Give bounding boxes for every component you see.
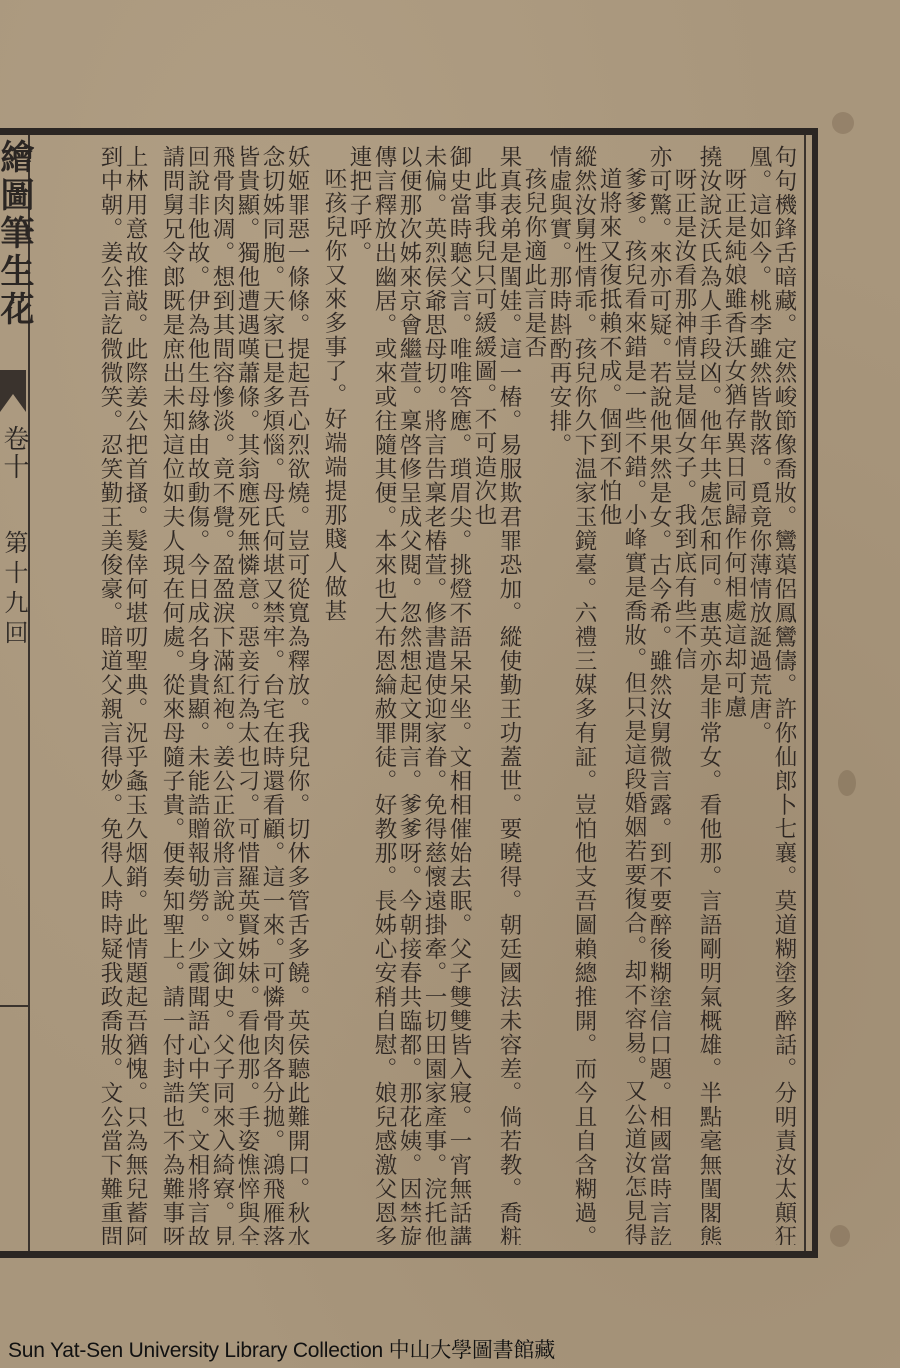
text-column: 以便那次姊來京會繼萱。稟啓修呈成父閱。忽然想起文開言。爹爹呀。今朝接春共臨都。那…	[396, 145, 421, 1245]
text-column: 到中朝。姜公言訖微微笑。忍笑勤王美俊豪。暗道父親言得妙。免得人時時疑我政喬妝。文…	[97, 145, 122, 1245]
page-gutter: 繪圖筆生花 卷十 第十九回	[0, 135, 30, 1251]
text-column: 呀正是汝看那神情豈是個女子。我到底有些不信	[671, 145, 696, 1245]
page-frame: 繪圖筆生花 卷十 第十九回 句句機鋒舌暗藏。定然峻節像喬妝。鸞蕖侶鳳鸞儔。許你仙…	[0, 128, 818, 1258]
text-column: 呀正是純娘雖香沃女猶存異日同歸作何相處這却可慮	[721, 145, 746, 1245]
text-column: 念切姊同胞。天家已是多煩惱。母氏何堪又禁牢。台宅在時還看顧。這一來。可憐骨肉各分…	[259, 145, 284, 1245]
paper-stain	[832, 112, 854, 134]
fishtail-mark-icon	[0, 372, 26, 412]
text-column: 果真表弟是閨娃。這一樁。易服欺君罪恐加。縱使勤王功蓋世。要曉得。朝廷國法未容差。…	[496, 145, 521, 1245]
text-column: 飛骨肉凋。想到其間容慘淡。竟不覺。盈盈淚下滿紅袍。姜公正欲將言說。文御史。父子同…	[209, 145, 234, 1245]
text-column: 此事我兒只可緩緩圖。不可造次也	[471, 145, 496, 1245]
text-column: 呸孩兒你又來多事了。好端端提那賤人做甚	[321, 145, 346, 1245]
text-column: 道將來又復抵賴不成。個到不怕他	[596, 145, 621, 1245]
text-column: 妖姬罪惡一條條。提起吾心烈欲燒。豈可從寬為釋放。我兒你。切休多管舌多饒。英侯聽此…	[284, 145, 309, 1245]
text-column: 亦可驚。來亦可疑。若說他果然是女。古今希。雖然汝舅微言露。到不要醉後糊塗信口題。…	[646, 145, 671, 1245]
chapter-label: 第十九回	[0, 530, 28, 650]
text-column: 孩兒你適此言是否	[521, 145, 546, 1245]
text-column: 爹爹。孩兒看來錯是一些不錯。小峰實是喬妝。但只是這段婚姻若要復合。却不容易。又公…	[621, 145, 646, 1245]
text-column: 皆貴顯。獨他遭遇嘆蕭條。其翁應死無憐意。惡妾行為太也刁。可惜羅英賢姊妹。看他那。…	[234, 145, 259, 1245]
text-column: 請問舅兄令郎既是庶出未知這位如夫人現在何處。從來母隨子貴。便奏知聖上。請一付封誥…	[159, 145, 184, 1245]
text-column: 情虛與實。那時斟酌再安排。	[546, 145, 571, 1245]
text-column: 上林用意故推敲。此際姜公把首搔。髮倖何堪叨聖典。況乎螽玉久烟銷。此情題起吾猶愧。…	[122, 145, 147, 1245]
paper-stain	[830, 1225, 850, 1247]
text-column: 縱然汝舅性情乖。孩兒你久下温家玉鏡臺。六禮三媒多有証。豈怕他支吾圖賴總推開。而今…	[571, 145, 596, 1245]
text-column: 傳言釋放出幽居。或來或往隨其便。本來也大布恩綸赦罪徒。好教那。長姊心安稍自慰。娘…	[371, 145, 396, 1245]
gutter-title-box: 繪圖筆生花	[0, 135, 26, 372]
inner-border-rule	[804, 135, 806, 1251]
text-column: 撓汝說沃氏為人手段凶。他年共處怎和同。惠英亦是非常女。看他那。言語剛明氣概雄。半…	[696, 145, 721, 1245]
text-column: 回說非他故。伊為他生母緣由故動傷。今日成名身貴顯。未能誥贈報劬勞。少霞聞語心中笑…	[184, 145, 209, 1245]
collection-caption: Sun Yat-Sen University Library Collectio…	[8, 1334, 555, 1364]
text-column: 御史當時聽父言。唯唯答應。瑣眉尖。挑燈不語呆呆坐。文相相催始去眠。父子雙雙皆入寢…	[446, 145, 471, 1245]
page-number-mark	[0, 1005, 28, 1015]
volume-label: 卷十	[0, 425, 28, 481]
text-column: 連把子呼。	[346, 145, 371, 1245]
paper-stain	[838, 770, 856, 796]
book-title: 繪圖筆生花	[0, 139, 28, 329]
text-column: 凰。這如今。桃李雖然皆散落。覓竟你薄情放誕過荒唐。	[746, 145, 771, 1245]
text-body: 句句機鋒舌暗藏。定然峻節像喬妝。鸞蕖侶鳳鸞儔。許你仙郎卜七襄。莫道糊塗多醉話。分…	[34, 145, 796, 1245]
text-column: 未偏。英烈侯爺思母切。將言告稟老椿萱。修書遣使迎家眷。免得慈懷遠掛牽。一切田園家…	[421, 145, 446, 1245]
text-column: 句句機鋒舌暗藏。定然峻節像喬妝。鸞蕖侶鳳鸞儔。許你仙郎卜七襄。莫道糊塗多醉話。分…	[771, 145, 796, 1245]
